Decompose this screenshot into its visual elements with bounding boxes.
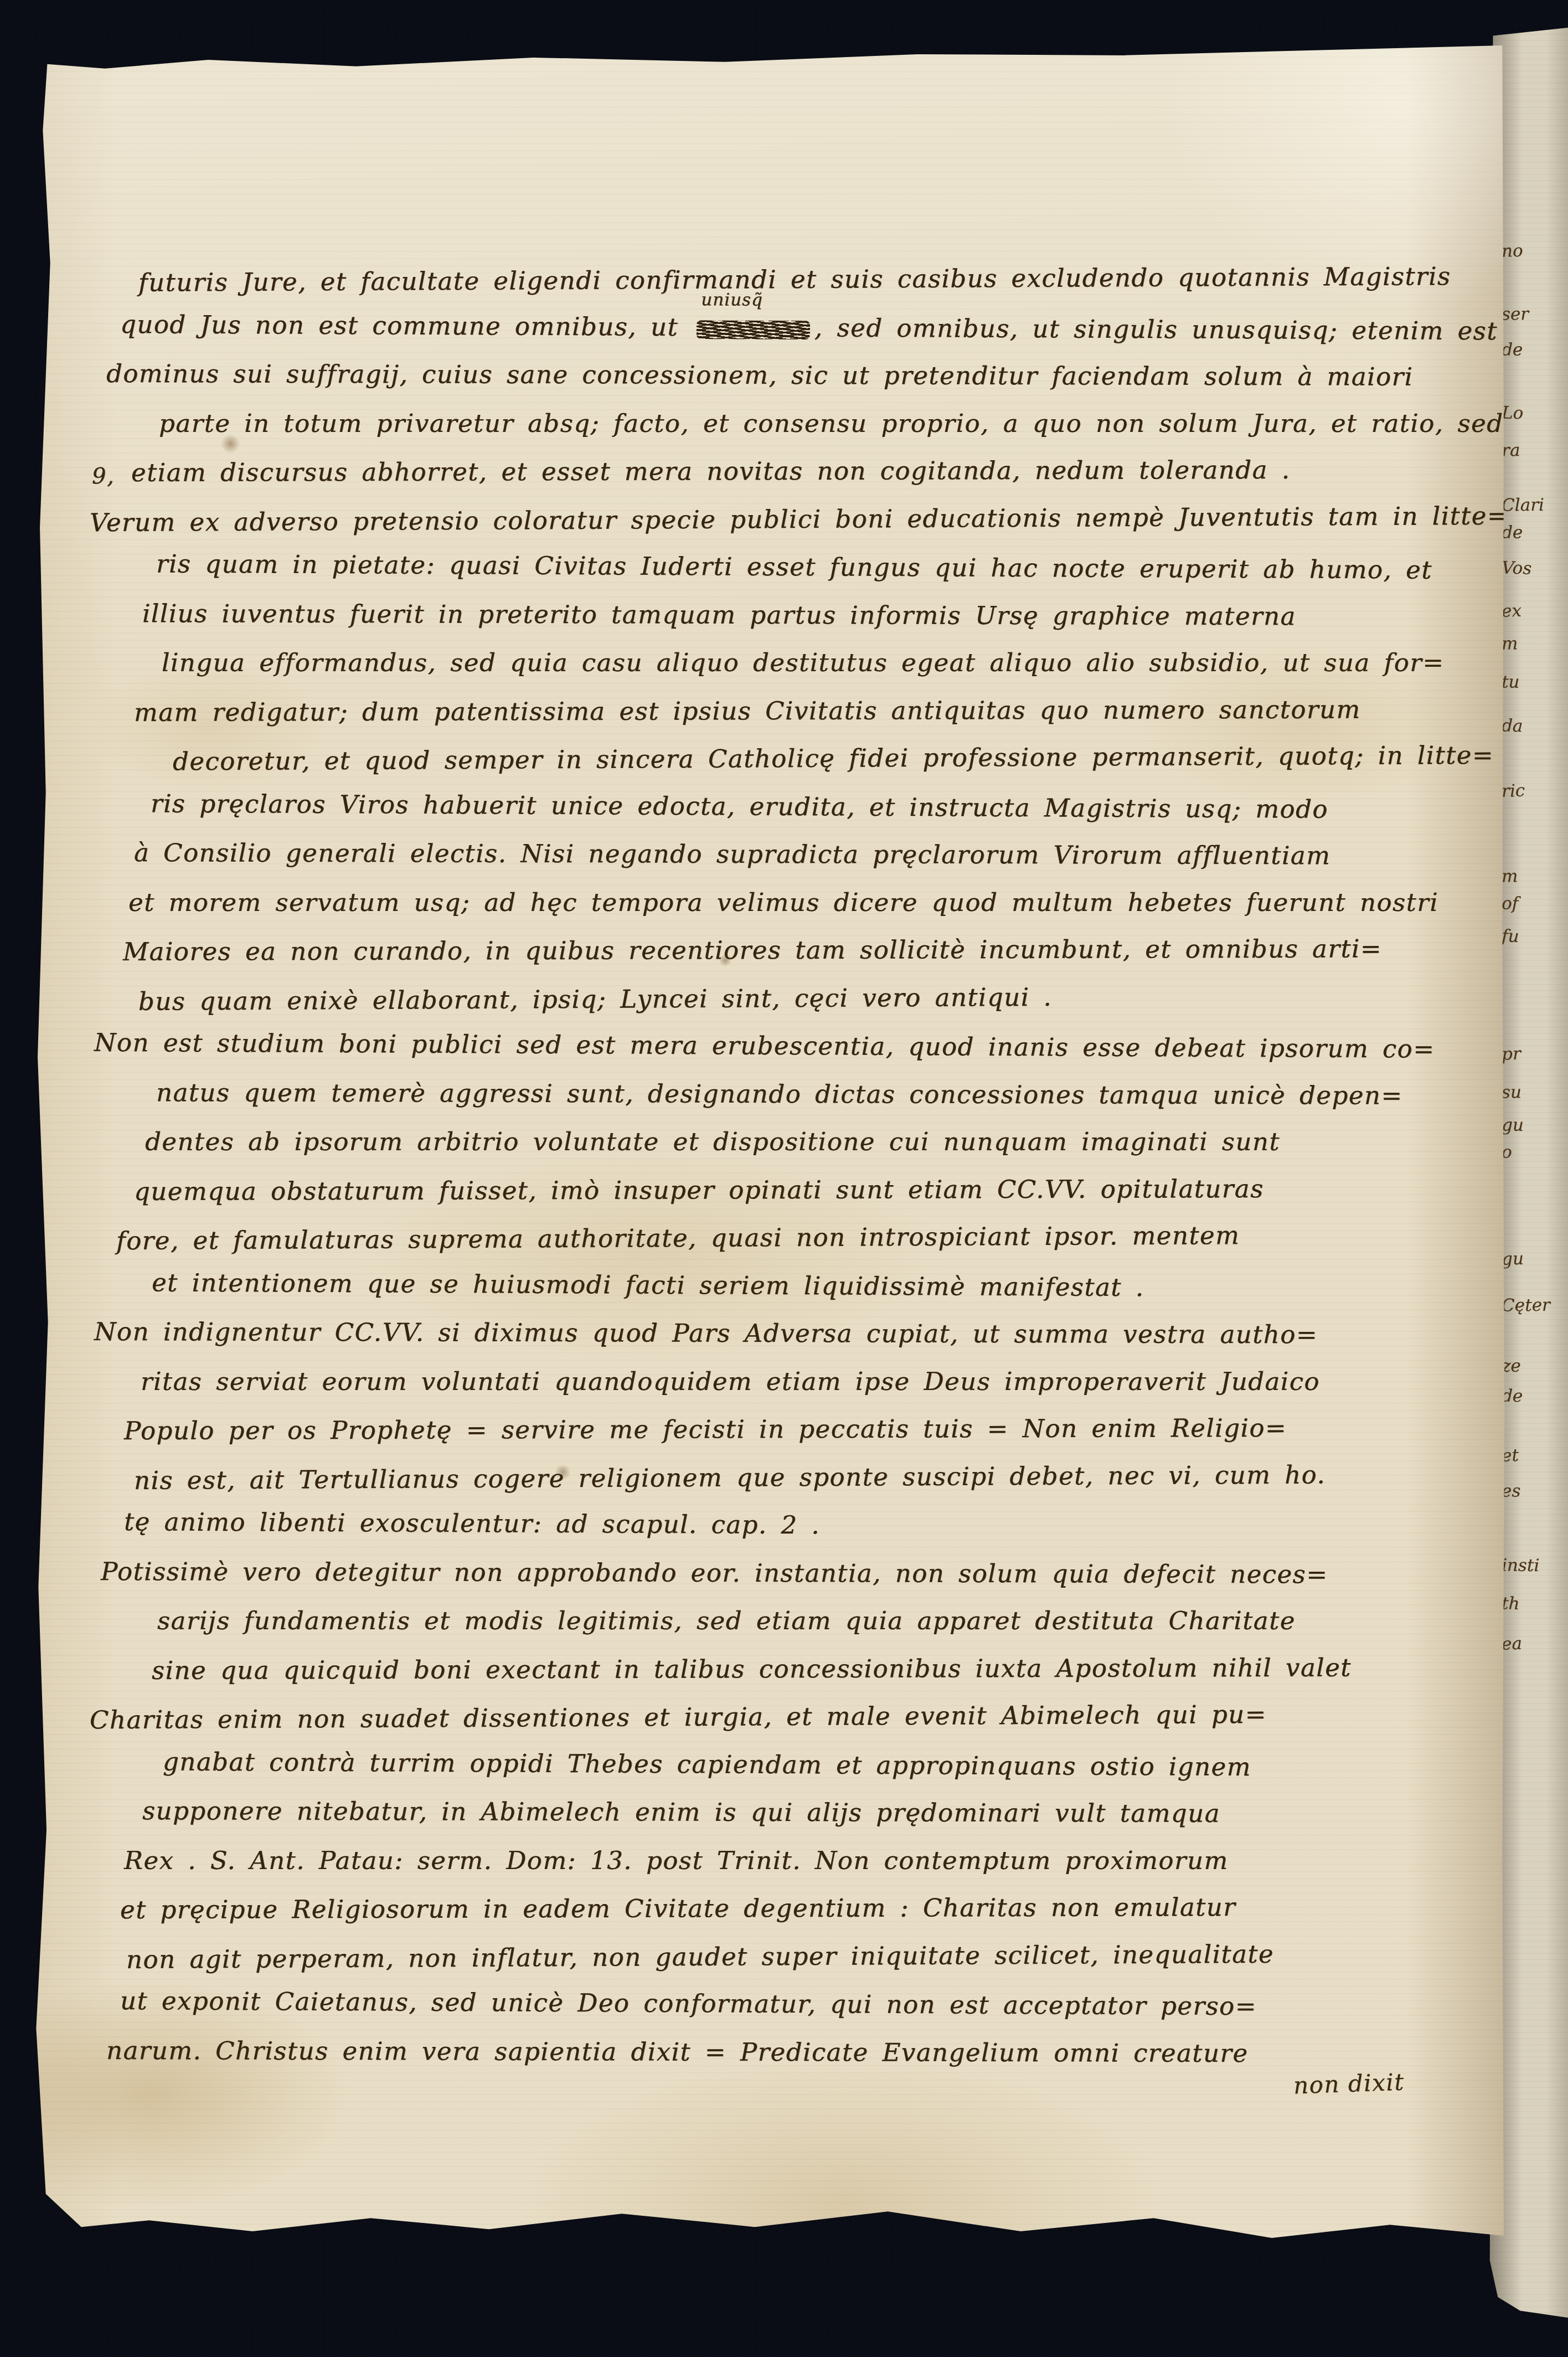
- facing-page-text-fragment: insti: [1502, 1556, 1567, 1575]
- manuscript-line: bus quam enixè ellaborant, ipsiq; Lyncei…: [90, 971, 1496, 1026]
- facing-page-text-fragment: de: [1502, 523, 1567, 542]
- manuscript-line: tę animo libenti exosculentur: ad scapul…: [90, 1498, 1496, 1553]
- manuscript-line: ris quam in pietate: quasi Civitas Iuder…: [90, 540, 1496, 595]
- manuscript-line: sarijs fundamentis et modis legitimis, s…: [90, 1597, 1496, 1645]
- struck-out-word: uniusq̃: [697, 320, 810, 339]
- facing-page-text-fragment: no: [1501, 240, 1567, 261]
- facing-page-text-fragment: Cęter: [1502, 1295, 1567, 1315]
- manuscript-line: sine qua quicquid boni exectant in talib…: [90, 1643, 1496, 1695]
- facing-page-text-fragment: de: [1502, 340, 1567, 359]
- facing-page-text-fragment: pr: [1501, 1043, 1567, 1064]
- photograph-of-manuscript: noserdeLoraClarideVosexmtudaricmoffuprsu…: [0, 0, 1568, 2357]
- facing-page-text-fragment: da: [1501, 716, 1567, 737]
- manuscript-line: illius iuventus fuerit in preterito tamq…: [90, 589, 1496, 641]
- facing-page-text-fragment: es: [1502, 1481, 1567, 1500]
- interlinear-insertion: uniusq̃: [701, 291, 763, 308]
- facing-page-text-fragment: fu: [1501, 927, 1567, 948]
- manuscript-line: ut exponit Caietanus, sed unicè Deo conf…: [90, 1977, 1496, 2032]
- manuscript-line: dominus sui suffragij, cuius sane conces…: [90, 350, 1496, 402]
- manuscript-line: lingua efformandus, sed quia casu aliquo…: [90, 639, 1496, 687]
- manuscript-line: parte in totum privaretur absq; facto, e…: [90, 400, 1496, 448]
- manuscript-line: narum. Christus enim vera sapientia dixi…: [90, 2026, 1496, 2078]
- manuscript-line: et pręcipue Religiosorum in eadem Civita…: [90, 1883, 1496, 1934]
- manuscript-line: nis est, ait Tertullianus cogere religio…: [90, 1450, 1496, 1505]
- manuscript-line: supponere nitebatur, in Abimelech enim i…: [90, 1787, 1496, 1839]
- facing-page-text-fragment: tu: [1502, 672, 1567, 692]
- facing-page-text-fragment: ra: [1501, 439, 1567, 460]
- margin-mark: 9,: [92, 452, 115, 501]
- manuscript-line: Charitas enim non suadet dissentiones et…: [90, 1690, 1496, 1744]
- facing-page-text-fragment: o: [1501, 1143, 1567, 1164]
- manuscript-line: Non est studium boni publici sed est mer…: [90, 1019, 1496, 1074]
- facing-page-text-fragment: ser: [1502, 304, 1567, 323]
- manuscript-line: Verum ex adverso pretensio coloratur spe…: [90, 492, 1496, 547]
- manuscript-line: natus quem temerè aggressi sunt, designa…: [90, 1068, 1496, 1120]
- manuscript-line: et morem servatum usq; ad hęc tempora ve…: [90, 879, 1496, 927]
- facing-page-text-fragment: ex: [1501, 600, 1567, 621]
- manuscript-line: dentes ab ipsorum arbitrio voluntate et …: [90, 1118, 1496, 1166]
- manuscript-line: 9,etiam discursus abhorret, et esset mer…: [90, 446, 1496, 497]
- manuscript-line: decoretur, et quod semper in sincera Cat…: [90, 732, 1496, 786]
- facing-page-text-fragment: su: [1502, 1082, 1567, 1102]
- facing-page-text-fragment: m: [1502, 866, 1567, 886]
- manuscript-line: gnabat contrà turrim oppidi Thebes capie…: [90, 1737, 1496, 1792]
- manuscript-line: Rex . S. Ant. Patau: serm. Dom: 13. post…: [90, 1837, 1496, 1885]
- manuscript-line: quod Jus non est commune omnibus, ut uni…: [90, 300, 1496, 355]
- facing-page-text-fragment: Vos: [1501, 558, 1567, 579]
- manuscript-line: quemqua obstaturum fuisset, imò insuper …: [90, 1164, 1496, 1216]
- facing-page-text-fragment: m: [1502, 634, 1567, 653]
- manuscript-text-block: futuris Jure, et facultate eligendi conf…: [90, 256, 1496, 2076]
- facing-page-text-fragment: gu: [1501, 1248, 1567, 1269]
- manuscript-line: Non indignentur CC.VV. si diximus quod P…: [90, 1308, 1496, 1360]
- manuscript-line: et intentionem que se huiusmodi facti se…: [90, 1258, 1496, 1313]
- facing-page-text-fragment: ric: [1501, 780, 1567, 801]
- facing-page-text-fragment: Lo: [1501, 403, 1567, 424]
- manuscript-line: Potissimè vero detegitur non approbando …: [90, 1547, 1496, 1599]
- manuscript-line: fore, et famulaturas suprema authoritate…: [90, 1211, 1496, 1265]
- manuscript-line: futuris Jure, et facultate eligendi conf…: [90, 253, 1496, 307]
- facing-page-text-fragment: Clari: [1502, 495, 1567, 514]
- facing-page-text-fragment: ea: [1501, 1633, 1567, 1654]
- manuscript-line: ris pręclaros Viros habuerit unice edoct…: [90, 779, 1496, 834]
- manuscript-line: ritas serviat eorum voluntati quandoquid…: [90, 1358, 1496, 1406]
- manuscript-line: Maiores ea non curando, in quibus recent…: [90, 925, 1496, 976]
- facing-page-text-fragment: th: [1501, 1594, 1567, 1615]
- manuscript-page: futuris Jure, et facultate eligendi conf…: [31, 42, 1508, 2249]
- manuscript-line: à Consilio generali electis. Nisi negand…: [90, 829, 1496, 881]
- facing-page-text-fragment: gu: [1502, 1115, 1567, 1135]
- manuscript-line: Populo per os Prophetę = servire me feci…: [90, 1404, 1496, 1455]
- facing-page-text-fragment: et: [1501, 1444, 1567, 1465]
- catchword: non dixit: [1293, 2068, 1405, 2099]
- facing-page-text-fragment: de: [1501, 1386, 1567, 1407]
- manuscript-line: non agit perperam, non inflatur, non gau…: [90, 1929, 1496, 1984]
- facing-page-text-fragment: of: [1502, 894, 1567, 913]
- facing-page-text-fragment: ze: [1502, 1356, 1567, 1376]
- manuscript-line: mam redigatur; dum patentissima est ipsi…: [90, 685, 1496, 737]
